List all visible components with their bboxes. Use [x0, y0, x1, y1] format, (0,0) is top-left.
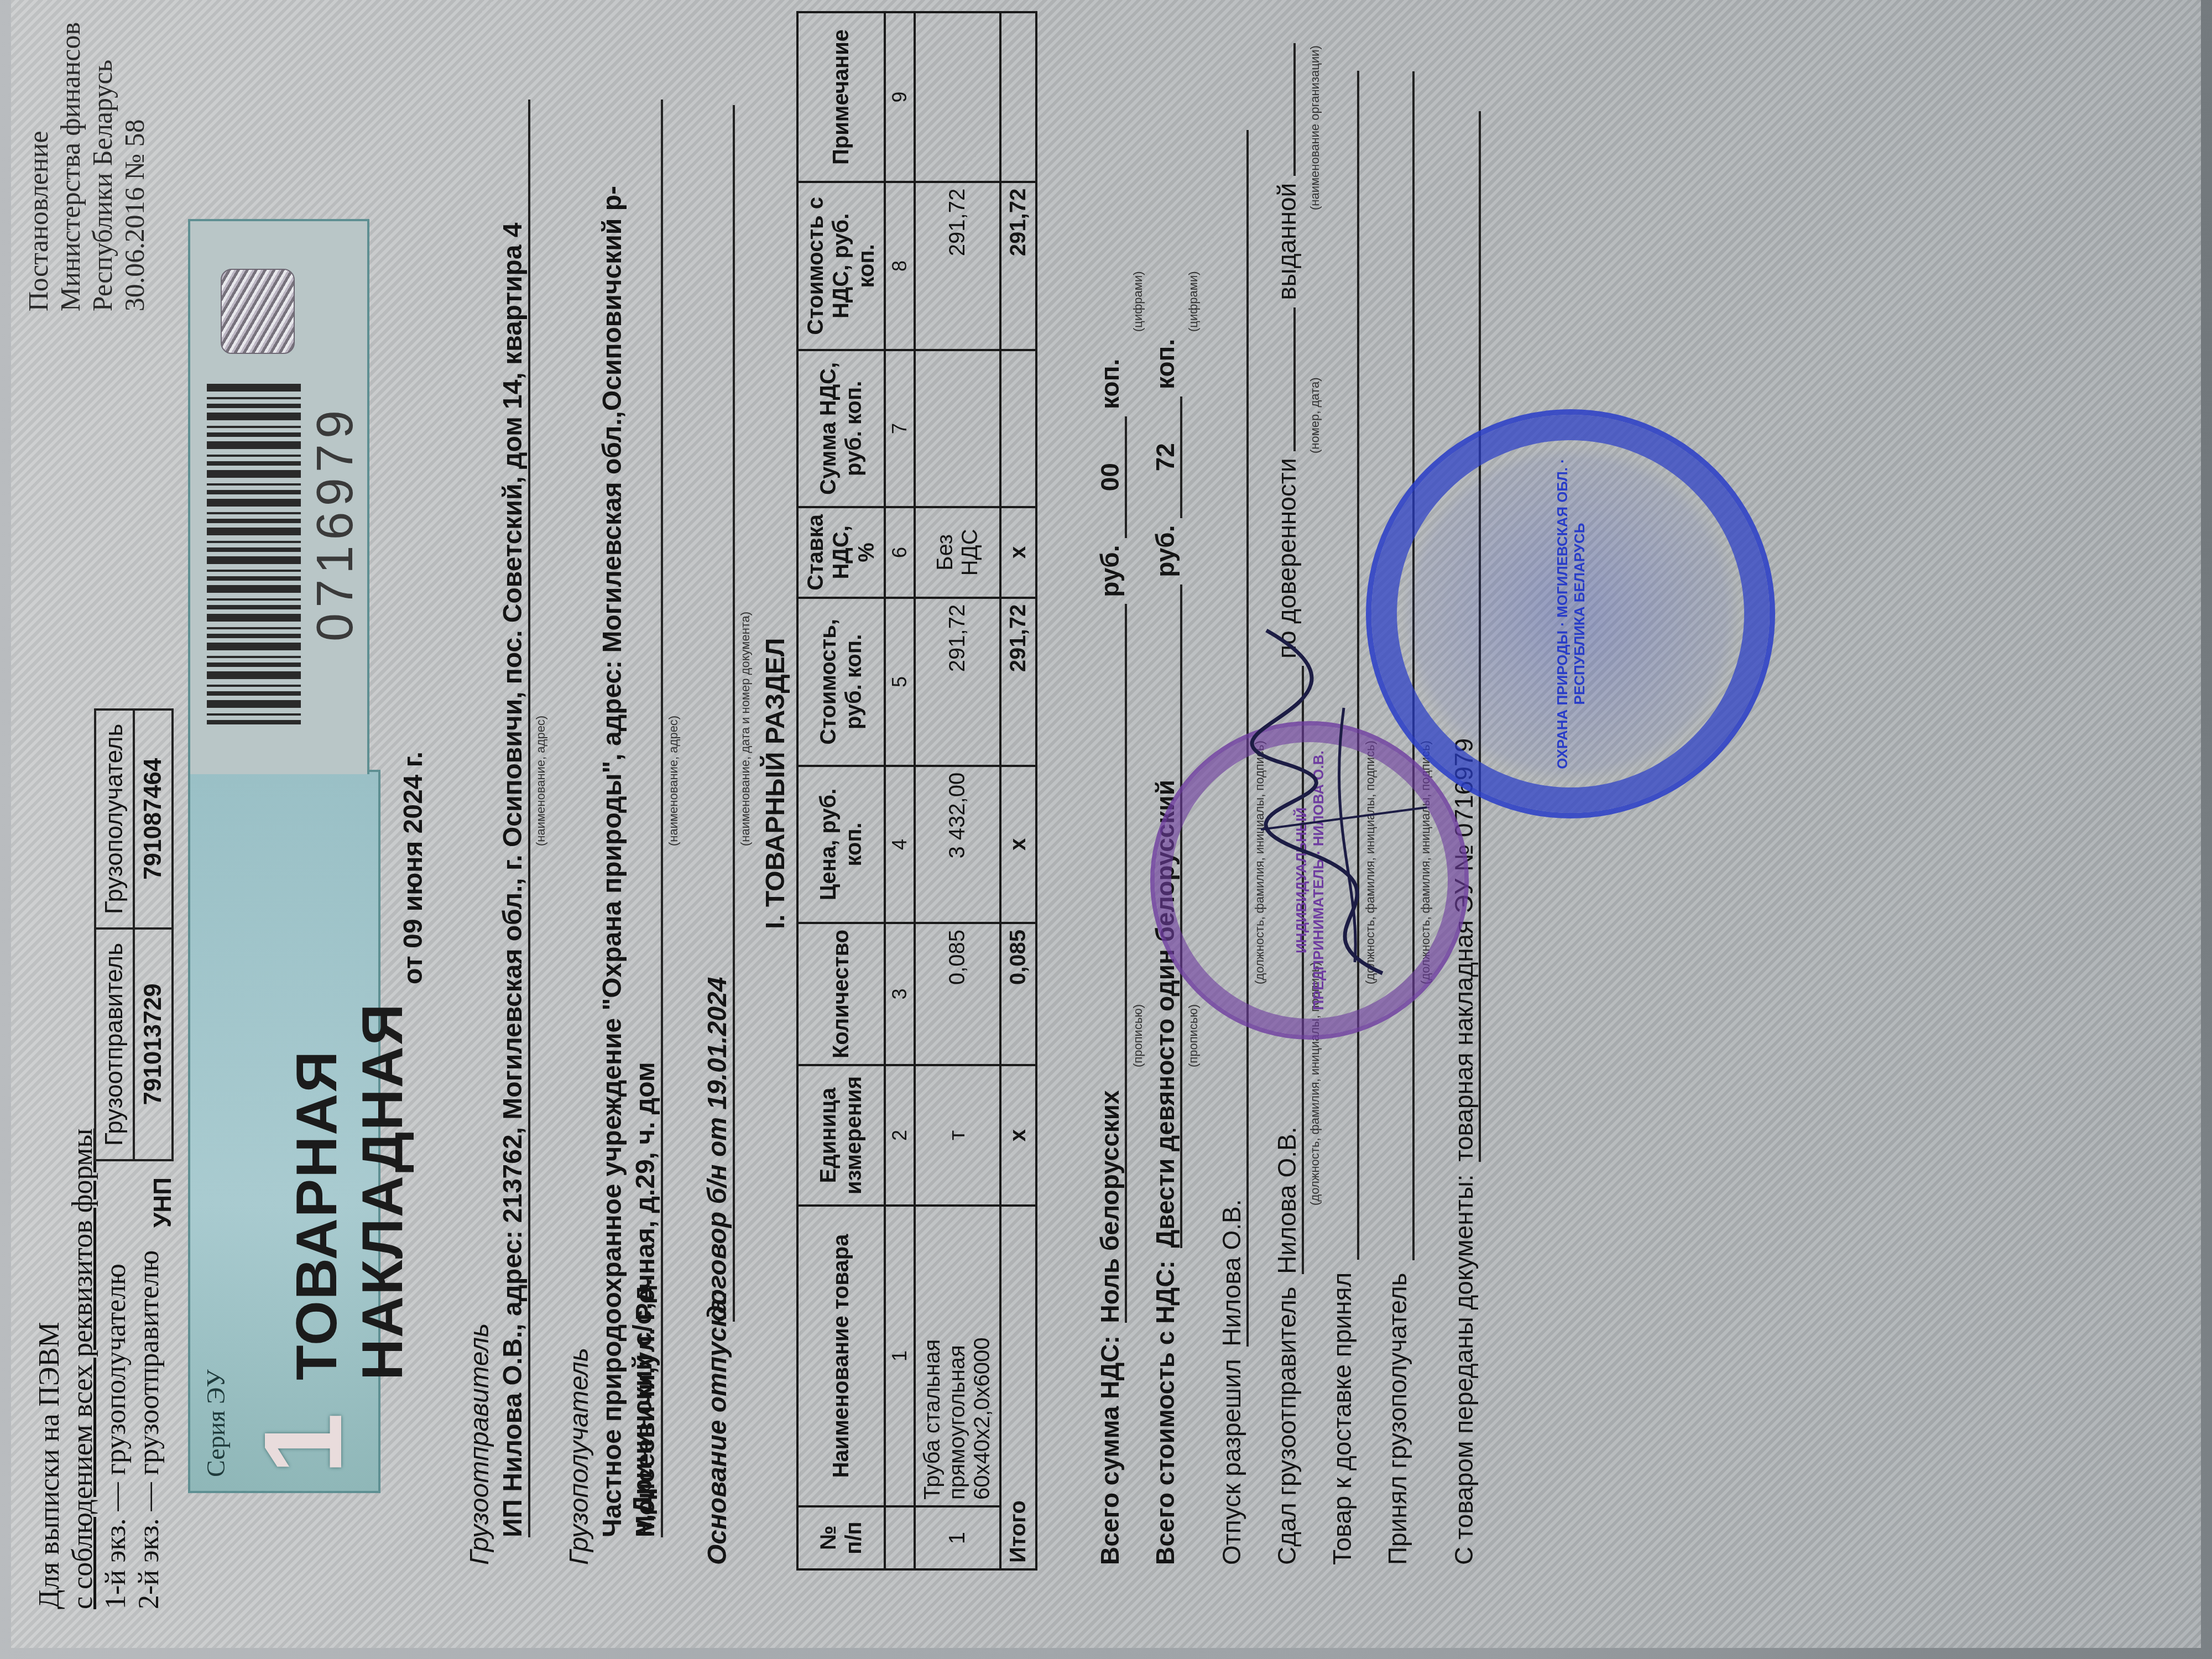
- reg-line: 30.06.2016 № 58: [118, 22, 150, 311]
- hologram-icon: [221, 269, 295, 354]
- col-vat-rate: Ставка НДС, %: [797, 507, 885, 598]
- received-label: Принял грузополучатель: [1383, 1272, 1412, 1565]
- row-cost: 291,72: [915, 598, 1000, 766]
- series-label: Серия ЭУ: [201, 1369, 231, 1477]
- shipper-value: ИП Нилова О.В., адрес: 213762, Могилевск…: [498, 100, 530, 1537]
- col-name: Наименование товара: [797, 1206, 885, 1506]
- index-cell: 8: [885, 182, 915, 350]
- document-date: от 09 июня 2024 г.: [398, 752, 429, 984]
- grand-total-label: Всего стоимость с НДС:: [1151, 1260, 1180, 1565]
- row-name: Труба стальная прямоугольная 60x40x2,0x6…: [915, 1206, 1000, 1506]
- document-title: ТОВАРНАЯ НАКЛАДНАЯ: [284, 772, 416, 1380]
- vat-kop-value: 00: [1095, 416, 1127, 538]
- total-total: 291,72: [1000, 182, 1036, 350]
- blue-seal-text: ОХРАНА ПРИРОДЫ · МОГИЛЕВСКАЯ ОБЛ. · РЕСП…: [1554, 448, 1588, 780]
- col-price: Цена, руб. коп.: [797, 766, 885, 923]
- row-vat-sum: [915, 350, 1000, 507]
- index-cell: 1: [885, 1206, 915, 1506]
- documents-label: С товаром переданы документы:: [1449, 1174, 1478, 1565]
- index-cell: 5: [885, 598, 915, 766]
- row-note: [915, 12, 1000, 182]
- issued-org-field: [1293, 43, 1296, 176]
- col-note: Примечание: [797, 12, 885, 182]
- unp-label: УНП: [149, 1177, 177, 1228]
- total-digits-caption: (цифрами): [1186, 271, 1201, 332]
- row-price: 3 432,00: [915, 766, 1000, 923]
- vat-kop-label: коп.: [1095, 359, 1124, 409]
- consignee-value-2: Моисеевичи,ул. Речная, д.29, ч. дом: [630, 100, 663, 1537]
- handed-over-label: Сдал грузоотправитель: [1272, 1286, 1301, 1565]
- basis-value: договор б/н от 19.01.2024: [702, 105, 735, 1322]
- copy-number: 1: [240, 1413, 367, 1474]
- index-cell: 6: [885, 507, 915, 598]
- total-words-caption: (прописью): [1186, 1004, 1201, 1067]
- row-total: 291,72: [915, 182, 1000, 350]
- barcode-zone: 0716979: [188, 219, 369, 774]
- col-total: Стоимость с НДС, руб. коп.: [797, 182, 885, 350]
- row-vat-rate: Без НДС: [915, 507, 1000, 598]
- total-kop-label: коп.: [1151, 339, 1180, 389]
- row-num: 1: [915, 1506, 1000, 1569]
- copy-1: 1-й экз. — грузополучателю: [100, 1129, 133, 1609]
- goods-index-row: 1 2 3 4 5 6 7 8 9: [885, 12, 915, 1569]
- col-qty: Количество: [797, 923, 885, 1065]
- vat-words-caption: (прописью): [1131, 1004, 1145, 1067]
- unp-shipper-header: Грузоотправитель: [95, 928, 134, 1160]
- col-num: № п/п: [797, 1506, 885, 1569]
- invoice-document: Для выписки на ПЭВМ с соблюдением всех р…: [11, 0, 2201, 1648]
- index-cell: 4: [885, 766, 915, 923]
- vat-rub-label: руб.: [1095, 545, 1124, 597]
- barcode-icon: [207, 382, 301, 724]
- goods-section-title: I. ТОВАРНЫЙ РАЗДЕЛ: [760, 638, 791, 929]
- handwritten-signature-icon: [1217, 608, 1449, 995]
- consignee-label: Грузополучатель: [564, 1348, 594, 1565]
- table-row: 1 Труба стальная прямоугольная 60x40x2,0…: [915, 12, 1000, 1569]
- vat-total-words: Ноль белорусских: [1095, 604, 1127, 1323]
- vat-total-label: Всего сумма НДС:: [1095, 1335, 1124, 1565]
- index-cell: 3: [885, 923, 915, 1065]
- note-line-1: Для выписки на ПЭВМ: [33, 1129, 66, 1609]
- released-by-label: Отпуск разрешил: [1217, 1359, 1246, 1566]
- total-note: [1000, 12, 1036, 182]
- index-cell: [885, 1506, 915, 1569]
- vat-total-line: Всего сумма НДС: Ноль белорусских руб. 0…: [1095, 359, 1127, 1565]
- index-cell: 7: [885, 350, 915, 507]
- reg-line: Министерства финансов: [54, 22, 86, 311]
- col-unit: Единица измерения: [797, 1065, 885, 1206]
- consignee-caption: (наименование, адрес): [666, 716, 681, 846]
- index-cell: 2: [885, 1065, 915, 1206]
- proxy-number-field: [1293, 307, 1296, 451]
- total-kop-value: 72: [1150, 397, 1182, 518]
- reg-line: Республики Беларусь: [86, 22, 118, 311]
- total-row: Итого x 0,085 x 291,72 x 291,72: [1000, 12, 1036, 1569]
- unp-consignee-value: 791087464: [134, 709, 173, 928]
- issued-label: выданной: [1272, 183, 1301, 300]
- total-qty: 0,085: [1000, 923, 1036, 1065]
- reg-line: Постановление: [22, 22, 54, 311]
- total-label: Итого: [1000, 1206, 1036, 1569]
- proxy-caption: (номер, дата): [1308, 377, 1322, 453]
- org-caption: (наименование организации): [1308, 45, 1322, 210]
- unp-table: Грузоотправитель Грузополучатель 7910137…: [94, 708, 174, 1161]
- col-cost: Стоимость, руб. коп.: [797, 598, 885, 766]
- total-rub-label: руб.: [1151, 525, 1180, 577]
- shipper-caption: (наименование, адрес): [534, 716, 548, 846]
- accepted-delivery-label: Товар к доставке принял: [1328, 1272, 1357, 1565]
- note-line-2: с соблюдением всех реквизитов формы: [66, 1129, 100, 1609]
- row-qty: 0,085: [915, 923, 1000, 1065]
- document-number: 0716979: [306, 405, 364, 641]
- form-note: Для выписки на ПЭВМ с соблюдением всех р…: [33, 1129, 166, 1609]
- index-cell: 9: [885, 12, 915, 182]
- unp-consignee-header: Грузополучатель: [95, 709, 134, 928]
- registration-note: Постановление Министерства финансов Респ…: [22, 22, 150, 311]
- total-vat-sum: [1000, 350, 1036, 507]
- col-vat-sum: Сумма НДС, руб. коп.: [797, 350, 885, 507]
- total-unit: x: [1000, 1065, 1036, 1206]
- basis-caption: (наименование, дата и номер документа): [738, 612, 753, 846]
- unp-shipper-value: 791013729: [134, 928, 173, 1160]
- row-unit: т: [915, 1065, 1000, 1206]
- shipper-label: Грузоотправитель: [465, 1323, 495, 1565]
- goods-header-row: № п/п Наименование товара Единица измере…: [797, 12, 885, 1569]
- total-price: x: [1000, 766, 1036, 923]
- basis-label: Основание отпуска:: [702, 1290, 733, 1565]
- goods-table: № п/п Наименование товара Единица измере…: [796, 11, 1037, 1571]
- series-title-band: Серия ЭУ 1 ТОВАРНАЯ НАКЛАДНАЯ: [188, 770, 380, 1493]
- total-vat-rate: x: [1000, 507, 1036, 598]
- total-cost: 291,72: [1000, 598, 1036, 766]
- vat-digits-caption: (цифрами): [1131, 271, 1145, 332]
